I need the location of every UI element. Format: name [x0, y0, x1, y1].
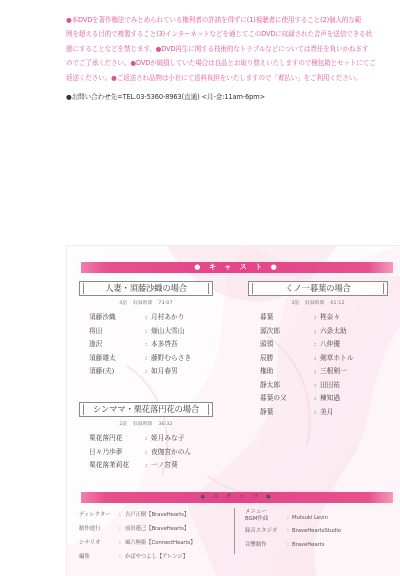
runtime-value: 73:07: [158, 301, 172, 306]
actor-name: 如月春男: [151, 365, 213, 379]
role-list: 栗花落円花:姫月みな子 日々乃歩夢:夜伽宮かのん 栗花落茉莉花:一ノ宮葵: [79, 432, 213, 473]
staff-name: Mutsuki Levin: [292, 508, 400, 524]
character-name: 権助: [260, 365, 314, 379]
character-name: 逢沢: [89, 338, 145, 352]
actor-name: 姫月みな子: [151, 432, 213, 446]
staff-job: 制作進行: [79, 522, 119, 536]
character-name: 辰勝: [260, 352, 314, 366]
role-list: 暮葉:柊奈々 源次郎:六条太助 頭領:八仲優 辰勝:剣草ホトル 権助:三根剣一 …: [248, 311, 388, 419]
staff-name: BraveHearts: [292, 538, 400, 552]
notice-line: のでご了承ください。●DVDが破損していた場合は良品とお取り替えいたしますので梱…: [66, 56, 388, 70]
staff-row: 録音スタジオ:BraveHeartsStudio: [245, 524, 400, 538]
character-name: 須藤(夫): [89, 365, 145, 379]
scene-title: くノ一暮葉の場合: [248, 281, 388, 296]
notice-line: 囲を超える目的で複製すること(3)インターネットなどを通じてこのDVDに収録され…: [66, 27, 388, 41]
role-row: 栗花落茉莉花:一ノ宮葵: [89, 459, 213, 473]
credits-panel: ● キ ャ ス ト ● 人妻・須藤沙織の場合 4話収録時間73:07 須藤沙織:…: [66, 245, 400, 576]
copyright-notice: ●本DVDを著作権法でみとめられている権利者の許諾を得ずに(1)視聴者に使用する…: [66, 13, 388, 85]
staff-name: かばやつよし【アレンジ】: [125, 550, 229, 564]
staff-job: シナリオ: [79, 536, 119, 550]
scene-title: 人妻・須藤沙織の場合: [79, 281, 213, 296]
staff-job-line: メニュー: [245, 509, 267, 515]
character-name: 将田: [89, 325, 145, 339]
runtime-label: 収録時間: [133, 422, 152, 427]
staff-row: 音響制作:BraveHearts: [245, 538, 400, 552]
notice-line: 返送ください。●ご返送され品物は小社にて送料負担をいたしますので「着払い」をご利…: [66, 71, 388, 85]
actor-name: 月村あかり: [151, 311, 213, 325]
character-name: 日々乃歩夢: [89, 446, 145, 460]
role-row: 暮葉:柊奈々: [260, 311, 388, 325]
staff-row: メニューBGM作曲 : Mutsuki Levin: [245, 508, 400, 524]
role-row: 栗花落円花:姫月みな子: [89, 432, 213, 446]
actor-name: 夜伽宮かのん: [151, 446, 213, 460]
actor-name: 柊奈々: [320, 311, 388, 325]
runtime-value: 36:32: [158, 422, 172, 427]
staff-name: 前田蓮己【BraveHearts】: [125, 522, 229, 536]
runtime-label: 収録時間: [133, 301, 152, 306]
actor-name: 美月: [320, 406, 388, 420]
staff-name: 風六無姫【ConnectHearts】: [125, 536, 229, 550]
staff-row: 制作進行:前田蓮己【BraveHearts】: [79, 522, 229, 536]
scene-title: シンママ・栗花落円花の場合: [79, 402, 213, 417]
staff-row: 編集:かばやつよし【アレンジ】: [79, 550, 229, 564]
episode-count: 2話: [119, 422, 127, 427]
staff-name: BraveHeartsStudio: [292, 524, 400, 538]
staff-job-line: BGM作曲: [245, 516, 268, 522]
staff-row: ディレクター:吉戸正樹【BraveHearts】: [79, 508, 229, 522]
staff-job: ディレクター: [79, 508, 119, 522]
staff-list-right: メニューBGM作曲 : Mutsuki Levin 録音スタジオ:BraveHe…: [234, 508, 400, 554]
runtime-label: 収録時間: [305, 301, 324, 306]
episode-count: 3話: [291, 301, 299, 306]
character-name: 暮葉の父: [260, 392, 314, 406]
staff-job: 録音スタジオ: [245, 524, 287, 538]
scene-block: くノ一暮葉の場合 3話収録時間61:12 暮葉:柊奈々 源次郎:六条太助 頭領:…: [248, 281, 388, 419]
runtime-value: 61:12: [330, 301, 344, 306]
role-row: 須藤沙織:月村あかり: [89, 311, 213, 325]
role-row: 源次郎:六条太助: [260, 325, 388, 339]
staff-row: シナリオ:風六無姫【ConnectHearts】: [79, 536, 229, 550]
role-row: 須藤(夫):如月春男: [89, 365, 213, 379]
role-row: 頭領:八仲優: [260, 338, 388, 352]
character-name: 静葉: [260, 406, 314, 420]
actor-name: 一ノ宮葵: [151, 459, 213, 473]
actor-name: 八仲優: [320, 338, 388, 352]
actor-name: 六条太助: [320, 325, 388, 339]
character-name: 栗花落茉莉花: [89, 459, 145, 473]
role-row: 将田:畑山大雪山: [89, 325, 213, 339]
notice-line: 態にすることなどを禁じます。●DVD再生に関する技術的なトラブルなどについては責…: [66, 42, 388, 56]
character-name: 静太郎: [260, 379, 314, 393]
episode-count: 4話: [119, 301, 127, 306]
staff-job: メニューBGM作曲: [245, 508, 287, 524]
scene-meta: 2話収録時間36:32: [79, 421, 213, 429]
actor-name: 田田祐: [320, 379, 388, 393]
actor-name: 三根剣一: [320, 365, 388, 379]
staff-job: 音響制作: [245, 538, 287, 552]
contact-info: ●お問い合わせ先=TEL.03-5360-8963(直通) <月-金:11am-…: [66, 91, 265, 101]
role-row: 須藤雄太:藤野むらさき: [89, 352, 213, 366]
character-name: 源次郎: [260, 325, 314, 339]
role-row: 暮葉の父:楝知過: [260, 392, 388, 406]
role-row: 逢沢:本多啓吾: [89, 338, 213, 352]
notice-line: ●本DVDを著作権法でみとめられている権利者の許諾を得ずに(1)視聴者に使用する…: [66, 13, 388, 27]
staff-name: 吉戸正樹【BraveHearts】: [125, 508, 229, 522]
character-name: 栗花落円花: [89, 432, 145, 446]
scene-block: シンママ・栗花落円花の場合 2話収録時間36:32 栗花落円花:姫月みな子 日々…: [79, 402, 213, 473]
role-row: 静太郎:田田祐: [260, 379, 388, 393]
actor-name: 畑山大雪山: [151, 325, 213, 339]
staff-list-left: ディレクター:吉戸正樹【BraveHearts】 制作進行:前田蓮己【Brave…: [79, 508, 229, 564]
cast-header: ● キ ャ ス ト ●: [81, 262, 393, 273]
role-list: 須藤沙織:月村あかり 将田:畑山大雪山 逢沢:本多啓吾 須藤雄太:藤野むらさき …: [79, 311, 213, 379]
character-name: 頭領: [260, 338, 314, 352]
role-row: 静葉:美月: [260, 406, 388, 420]
character-name: 暮葉: [260, 311, 314, 325]
actor-name: 本多啓吾: [151, 338, 213, 352]
actor-name: 藤野むらさき: [151, 352, 213, 366]
scene-meta: 3話収録時間61:12: [248, 300, 388, 308]
role-row: 辰勝:剣草ホトル: [260, 352, 388, 366]
character-name: 須藤雄太: [89, 352, 145, 366]
staff-job: 編集: [79, 550, 119, 564]
scene-block: 人妻・須藤沙織の場合 4話収録時間73:07 須藤沙織:月村あかり 将田:畑山大…: [79, 281, 213, 379]
role-row: 日々乃歩夢:夜伽宮かのん: [89, 446, 213, 460]
role-row: 権助:三根剣一: [260, 365, 388, 379]
actor-name: 剣草ホトル: [320, 352, 388, 366]
staff-header: ● ス タ ッ フ ●: [81, 492, 393, 503]
actor-name: 楝知過: [320, 392, 388, 406]
scene-meta: 4話収録時間73:07: [79, 300, 213, 308]
character-name: 須藤沙織: [89, 311, 145, 325]
